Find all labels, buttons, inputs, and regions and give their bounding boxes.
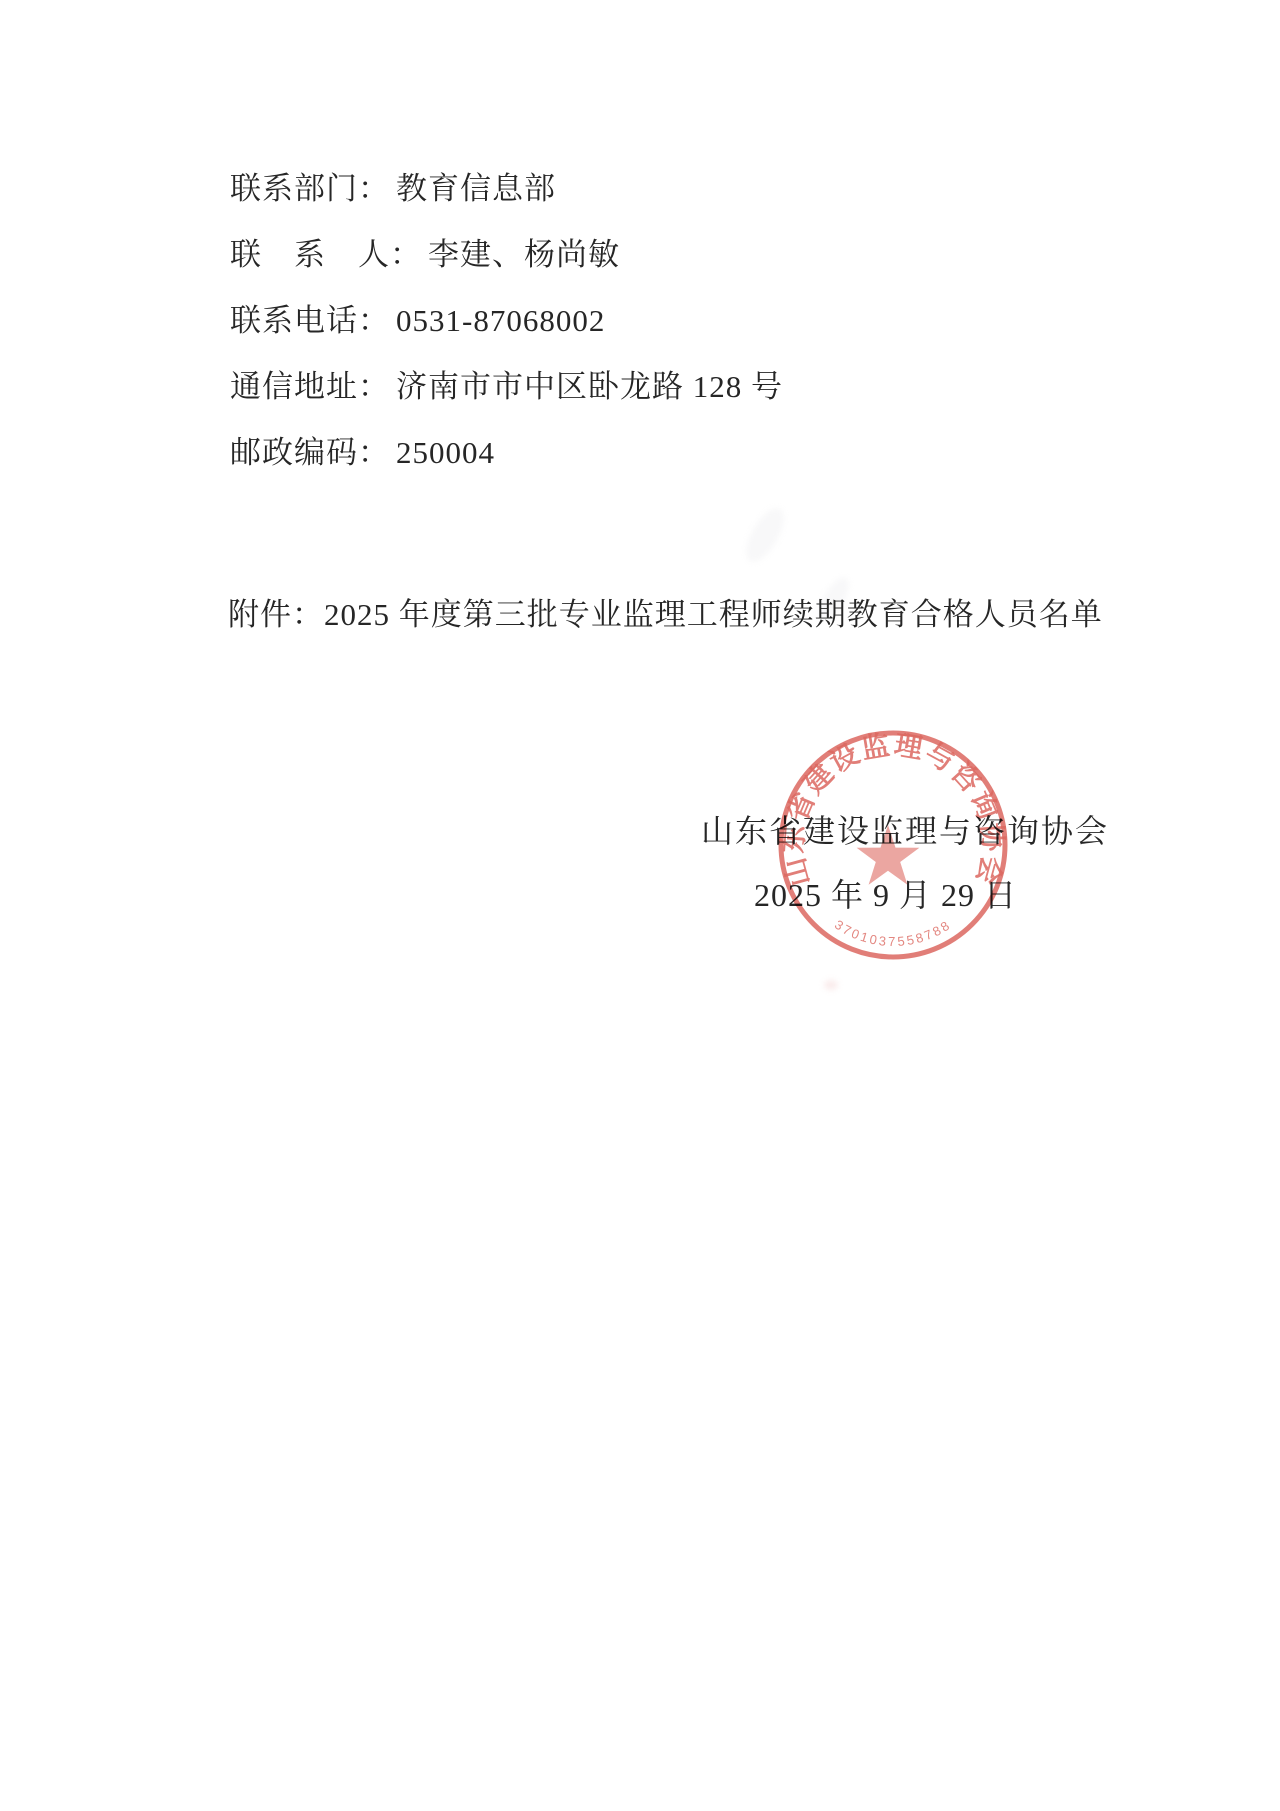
contact-row-postcode: 邮政编码：250004 bbox=[230, 420, 783, 486]
contact-value: 济南市市中区卧龙路 128 号 bbox=[396, 369, 783, 404]
star-icon bbox=[857, 825, 920, 885]
seal-serial-number: 3701037558788 bbox=[832, 917, 954, 949]
contact-value: 教育信息部 bbox=[396, 171, 556, 206]
attachment-line: 附件：2025 年度第三批专业监理工程师续期教育合格人员名单 bbox=[228, 582, 1103, 648]
scan-artifact bbox=[824, 980, 838, 990]
contact-label: 联系电话 bbox=[230, 303, 358, 338]
contact-value: 李建、杨尚敏 bbox=[428, 237, 620, 272]
contact-info-block: 联系部门：教育信息部 联 系 人：李建、杨尚敏 联系电话：0531-870680… bbox=[230, 156, 783, 486]
contact-value: 250004 bbox=[396, 435, 495, 470]
contact-row-address: 通信地址：济南市市中区卧龙路 128 号 bbox=[230, 354, 783, 420]
label-colon: ： bbox=[358, 303, 390, 338]
contact-label: 通信地址 bbox=[230, 369, 358, 404]
label-colon: ： bbox=[358, 171, 390, 206]
contact-row-person: 联 系 人：李建、杨尚敏 bbox=[230, 222, 783, 288]
label-colon: ： bbox=[358, 369, 390, 404]
contact-label: 联系部门 bbox=[230, 171, 358, 206]
scan-artifact bbox=[739, 503, 792, 568]
contact-value: 0531-87068002 bbox=[396, 303, 605, 338]
contact-label: 联 系 人 bbox=[230, 237, 390, 272]
official-seal: 山东省建设监理与咨询协会 3701037558788 bbox=[776, 728, 1010, 962]
label-colon: ： bbox=[358, 435, 390, 470]
contact-row-department: 联系部门：教育信息部 bbox=[230, 156, 783, 222]
document-page: 联系部门：教育信息部 联 系 人：李建、杨尚敏 联系电话：0531-870680… bbox=[0, 0, 1280, 1811]
contact-row-phone: 联系电话：0531-87068002 bbox=[230, 288, 783, 354]
contact-label: 邮政编码 bbox=[230, 435, 358, 470]
label-colon: ： bbox=[390, 237, 422, 272]
